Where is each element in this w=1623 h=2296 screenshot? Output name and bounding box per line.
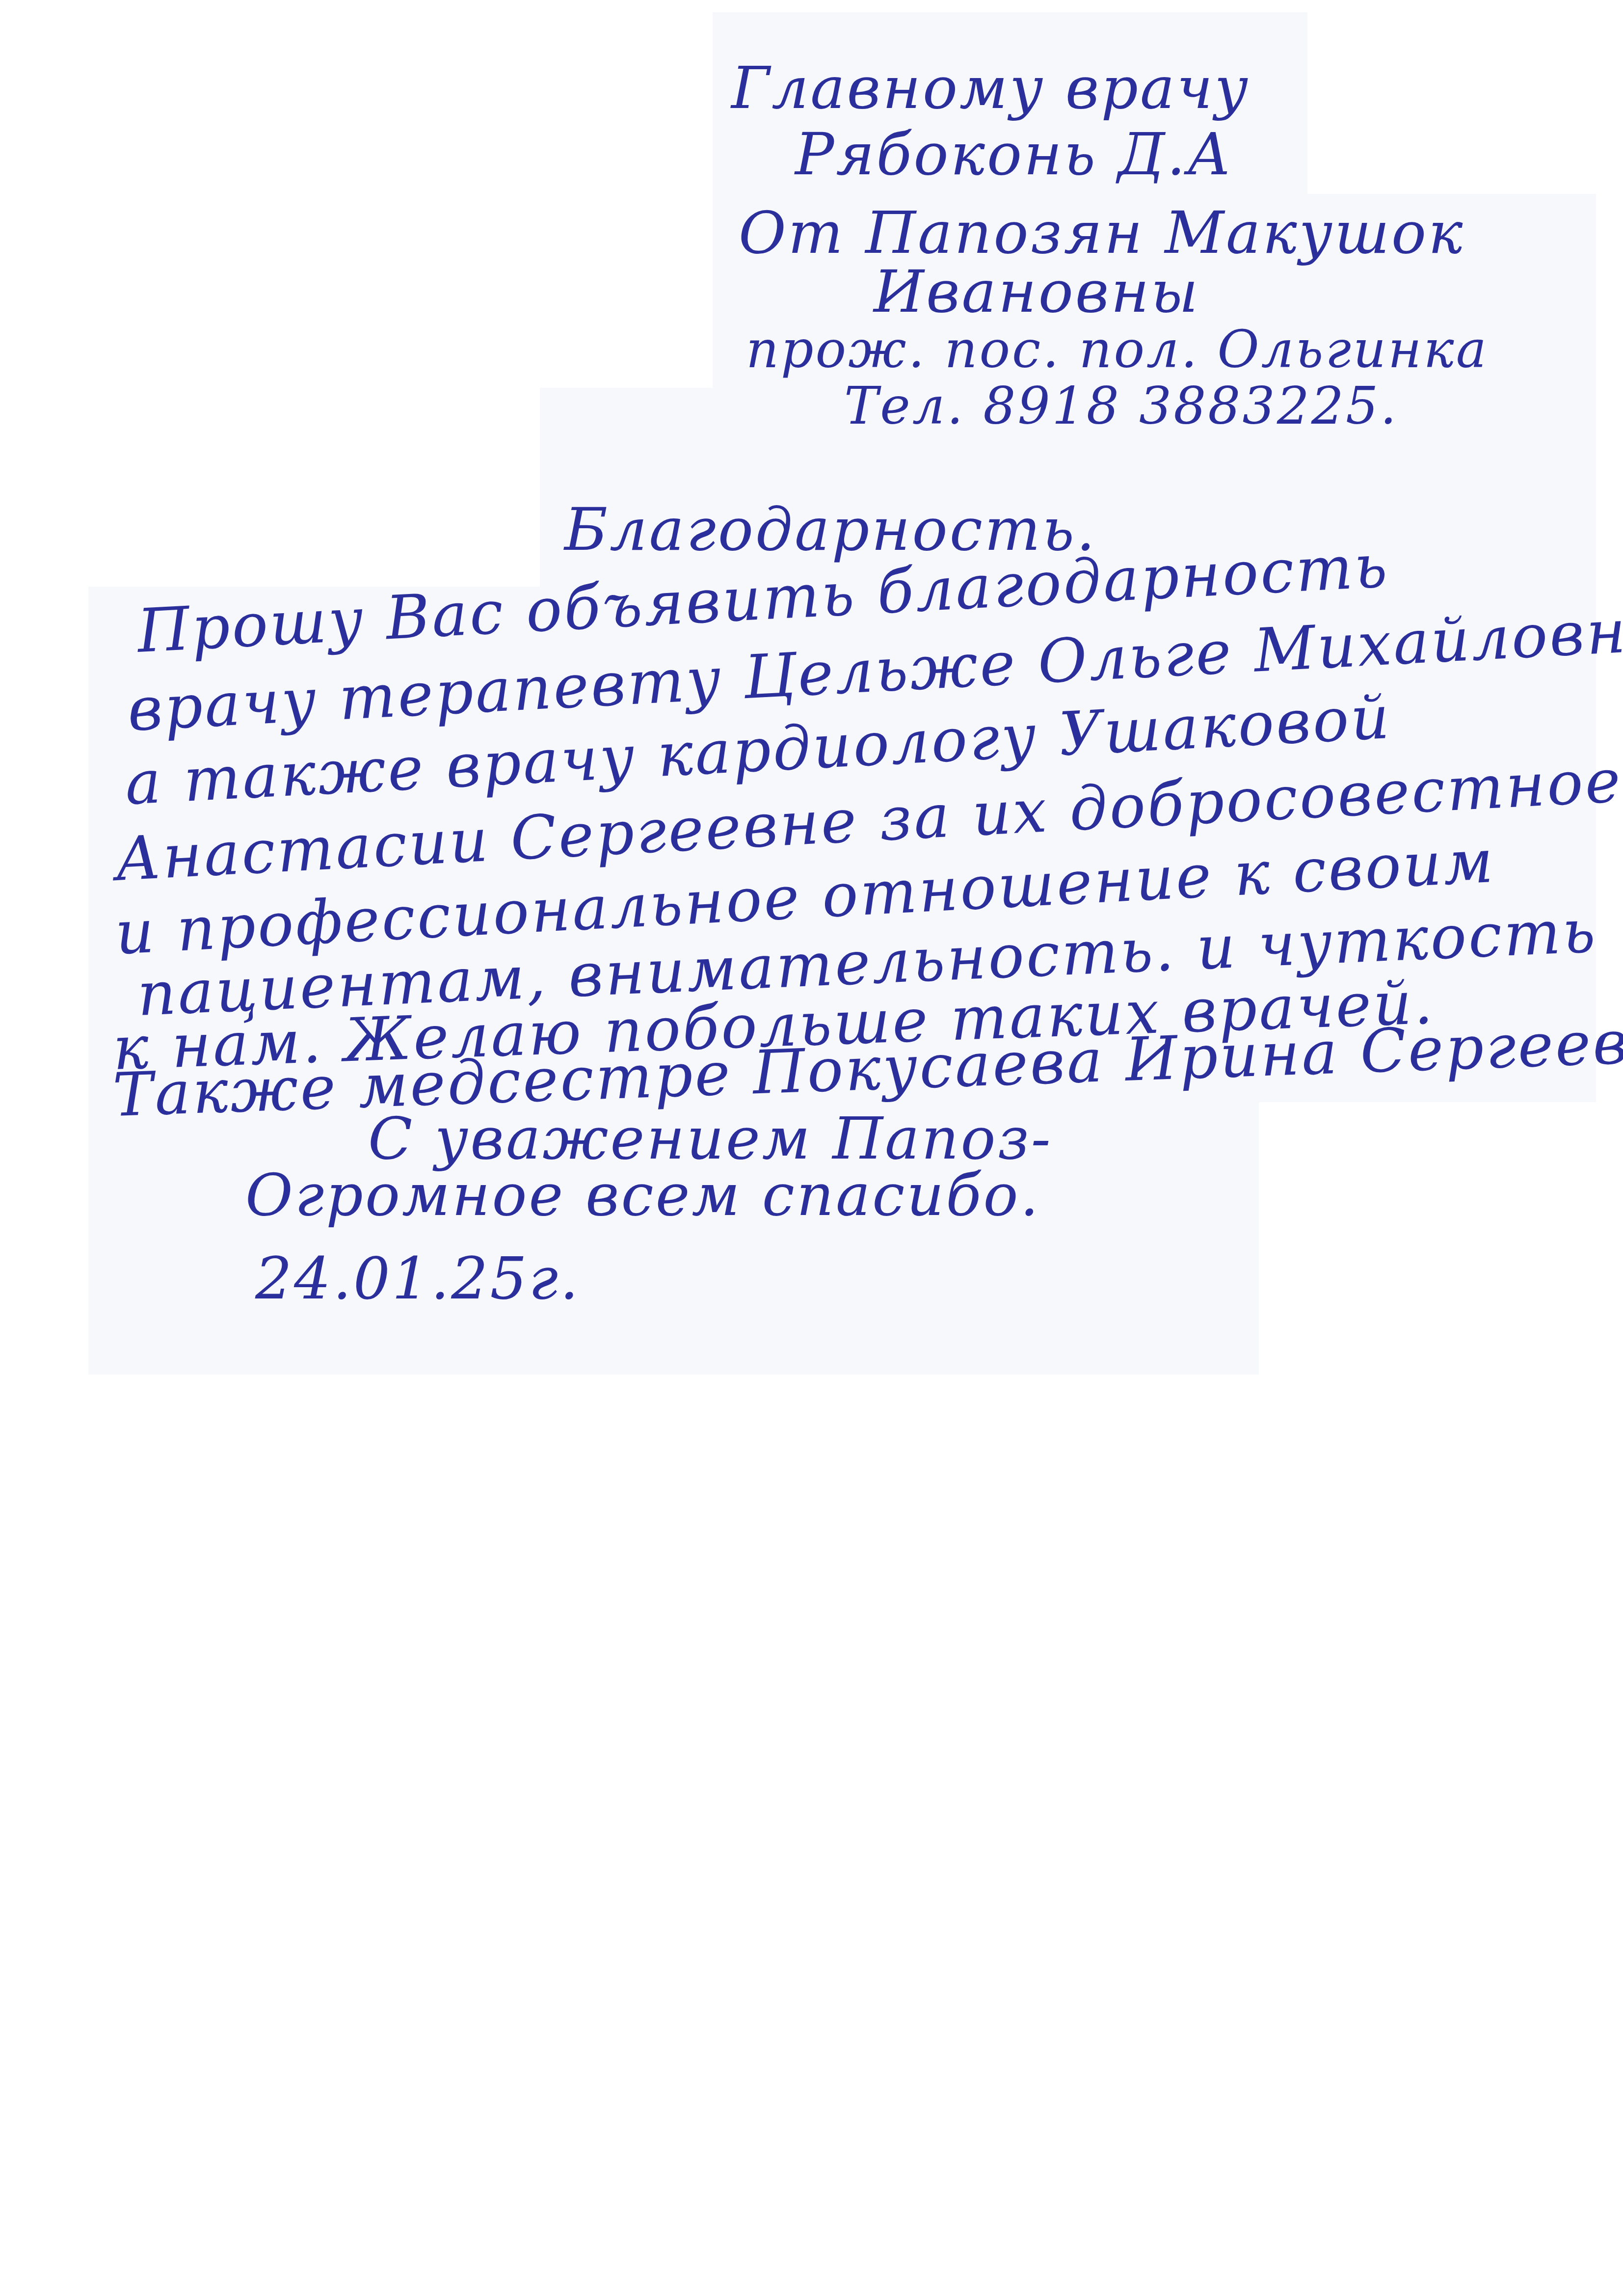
thanks-line: Огромное всем спасибо. bbox=[245, 1166, 1040, 1224]
addressee-position: Главному врачу bbox=[731, 59, 1250, 117]
sender-name: От Папозян Макушок bbox=[739, 204, 1465, 262]
sender-patronymic: Ивановны bbox=[874, 263, 1200, 321]
letter-date: 24.01.25г. bbox=[255, 1249, 581, 1307]
sender-phone: Тел. 8918 3883225. bbox=[844, 380, 1398, 432]
closing-signature: С уважением Папоз- bbox=[368, 1109, 1053, 1167]
addressee-name: Рябоконь Д.А bbox=[795, 125, 1233, 183]
sender-address: прож. пос. пол. Ольгинка bbox=[746, 324, 1489, 375]
